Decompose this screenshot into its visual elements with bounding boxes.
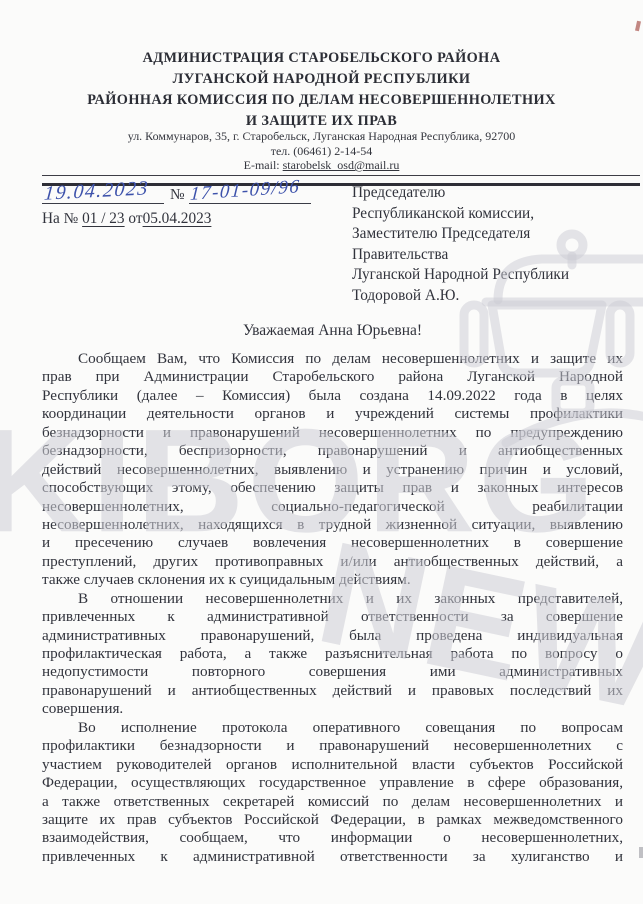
organization-name-line: РАЙОННАЯ КОМИССИЯ ПО ДЕЛАМ НЕСОВЕРШЕННОЛ… <box>0 90 643 111</box>
scan-artifact-gray-mark <box>639 847 643 858</box>
paragraph-line: недопустимости повторного совершения ими… <box>42 663 623 681</box>
incoming-number: 01 / 23 <box>82 210 125 227</box>
recipient-line: Луганской Народной Республики <box>352 265 622 286</box>
paragraph: Сообщаем Вам, что Комиссия по делам несо… <box>42 350 623 590</box>
recipient-line: Правительства <box>352 245 622 266</box>
paragraph: Во исполнение протокола оперативного сов… <box>42 719 623 867</box>
reply-prefix: На № <box>42 210 78 227</box>
paragraph-line: правонарушений и антиобщественных действ… <box>42 682 623 700</box>
paragraph-line: Федерации, осуществляющих государственно… <box>42 774 623 792</box>
paragraph-line: и пресечению случаев вовлечения несоверш… <box>42 534 623 552</box>
paragraph-line: действий несовершеннолетних, выявлению и… <box>42 461 623 479</box>
recipient-line: Председателю <box>352 183 622 204</box>
paragraph-line: способствующих этому, обеспечению защиты… <box>42 479 623 497</box>
paragraph-line: также случаев склонения их к суицидальны… <box>42 571 623 589</box>
paragraph-line: безнадзорности и правонарушений несоверш… <box>42 424 623 442</box>
recipient-line: Республиканской комиссии, <box>352 204 622 225</box>
recipient-line: Тодоровой А.Ю. <box>352 286 622 307</box>
paragraph-line: взаимодействия, сообщаем, что информации… <box>42 829 623 847</box>
contact-block: ул. Коммунаров, 35, г. Старобельск, Луга… <box>0 129 643 173</box>
letter-body: Сообщаем Вам, что Комиссия по делам несо… <box>42 350 623 866</box>
number-sign: № <box>170 186 185 204</box>
recipient-line: Заместителю Председателя <box>352 224 622 245</box>
paragraph-line: административных правонарушений, была пр… <box>42 627 623 645</box>
paragraph-line: Сообщаем Вам, что Комиссия по делам несо… <box>42 350 623 368</box>
organization-header: АДМИНИСТРАЦИЯ СТАРОБЕЛЬСКОГО РАЙОНАЛУГАН… <box>0 48 643 132</box>
recipient-block: ПредседателюРеспубликанской комиссии,Зам… <box>352 183 622 307</box>
paragraph-line: преступлений, других противоправных и/ил… <box>42 553 623 571</box>
reference-block: № 19.04.2023 17-01-09/96 На № 01 / 23 от… <box>42 183 342 228</box>
paragraph-line: совершения. <box>42 700 623 718</box>
outgoing-reference-row: № 19.04.2023 17-01-09/96 <box>42 183 342 207</box>
scan-artifact-red-mark <box>635 21 641 32</box>
paragraph-line: несовершеннолетних, социально-педагогиче… <box>42 498 623 516</box>
paragraph-line: привлеченных к административной ответств… <box>42 848 623 866</box>
email-line: E-mail: starobelsk_osd@mail.ru <box>0 158 643 173</box>
organization-name-line: АДМИНИСТРАЦИЯ СТАРОБЕЛЬСКОГО РАЙОНА <box>0 48 643 69</box>
incoming-reference-row: На № 01 / 23 от05.04.2023 <box>42 209 342 228</box>
incoming-date: 05.04.2023 <box>143 210 212 227</box>
paragraph-line: Во исполнение протокола оперативного сов… <box>42 719 623 737</box>
paragraph-line: привлеченных к административной ответств… <box>42 608 623 626</box>
email-label: E-mail: <box>244 158 280 172</box>
paragraph-line: участием руководителей органов исполните… <box>42 756 623 774</box>
paragraph-line: защите их прав субъектов Российской Феде… <box>42 811 623 829</box>
paragraph: В отношении несовершеннолетних и их зако… <box>42 590 623 719</box>
paragraph-line: В отношении несовершеннолетних и их зако… <box>42 590 623 608</box>
paragraph-line: несовершеннолетних, находящихся в трудно… <box>42 516 623 534</box>
paragraph-line: безнадзорности, беспризорности, правонар… <box>42 442 623 460</box>
paragraph-line: профилактическая работа, а также разъясн… <box>42 645 623 663</box>
scanned-letter-page: АДМИНИСТРАЦИЯ СТАРОБЕЛЬСКОГО РАЙОНАЛУГАН… <box>0 0 643 904</box>
paragraph-line: Республики (далее – Комиссия) была созда… <box>42 387 623 405</box>
paragraph-line: прав при Администрации Старобельского ра… <box>42 368 623 386</box>
organization-name-line: ЛУГАНСКОЙ НАРОДНОЙ РЕСПУБЛИКИ <box>0 69 643 90</box>
salutation: Уважаемая Анна Юрьевна! <box>42 322 623 340</box>
email-address: starobelsk_osd@mail.ru <box>283 158 400 172</box>
reply-from-word: от <box>128 210 142 227</box>
phone-number: тел. (06461) 2-14-54 <box>0 144 643 159</box>
paragraph-line: а также ответственных секретарей комисси… <box>42 793 623 811</box>
paragraph-line: профилактики безнадзорности и правонаруш… <box>42 737 623 755</box>
postal-address: ул. Коммунаров, 35, г. Старобельск, Луга… <box>0 129 643 144</box>
paragraph-line: координации деятельности органов и учреж… <box>42 405 623 423</box>
